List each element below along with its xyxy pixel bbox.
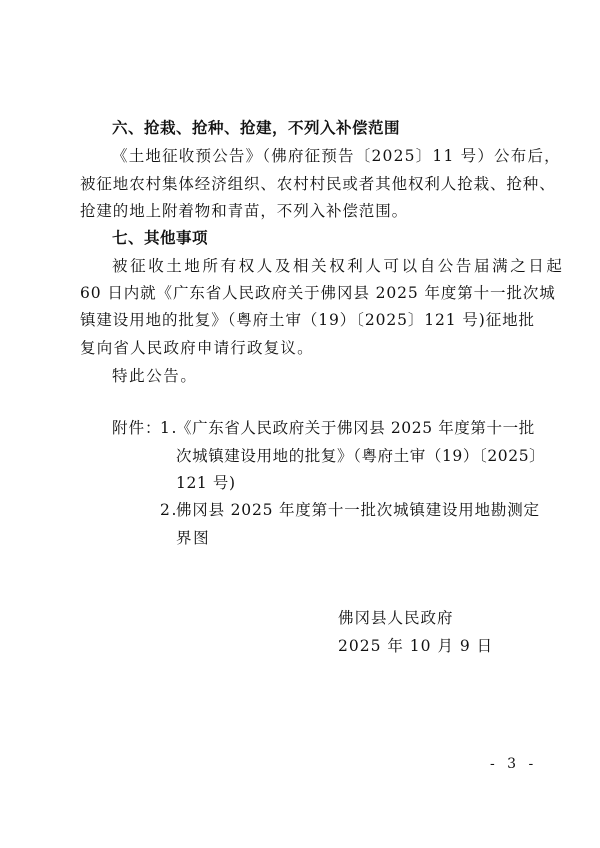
document-page: 六、抢栽、抢种、抢建，不列入补偿范围 《土地征收预公告》（佛府征预告〔2025〕…: [0, 0, 600, 848]
attachment-1-line-3: 121 号): [176, 473, 236, 493]
section-heading-6: 六、抢栽、抢种、抢建，不列入补偿范围: [112, 118, 400, 138]
page-number: - 3 -: [490, 756, 537, 772]
section-7-line-4: 复向省人民政府申请行政复议。: [80, 338, 314, 358]
attachment-1-line-1: 《广东省人民政府关于佛冈县 2025 年度第十一批: [176, 418, 535, 438]
section-6-line-1: 《土地征收预公告》（佛府征预告〔2025〕11 号）公布后，: [112, 146, 525, 166]
attachment-2-line-2: 界图: [176, 528, 210, 548]
attachment-2-line-1: 佛冈县 2025 年度第十一批次城镇建设用地勘测定: [176, 500, 540, 520]
signature-issuer: 佛冈县人民政府: [338, 608, 454, 628]
signature-date: 2025 年 10 月 9 日: [338, 636, 493, 656]
closing-text: 特此公告。: [112, 366, 198, 386]
section-7-line-3: 镇建设用地的批复》（粤府土审（19）〔2025〕121 号)征地批: [80, 310, 535, 330]
section-7-line-2: 60 日内就《广东省人民政府关于佛冈县 2025 年度第十一批次城: [80, 283, 556, 303]
attachments-label: 附件：: [112, 418, 162, 438]
attachment-1-line-2: 次城镇建设用地的批复》（粤府土审（19）〔2025〕: [176, 446, 545, 466]
section-6-line-3: 抢建的地上附着物和青苗，不列入补偿范围。: [80, 201, 408, 221]
section-7-line-1: 被征收土地所有权人及相关权利人可以自公告届满之日起: [112, 256, 565, 276]
section-6-line-2: 被征地农村集体经济组织、农村村民或者其他权利人抢栽、抢种、: [80, 174, 556, 194]
section-heading-7: 七、其他事项: [112, 228, 208, 248]
